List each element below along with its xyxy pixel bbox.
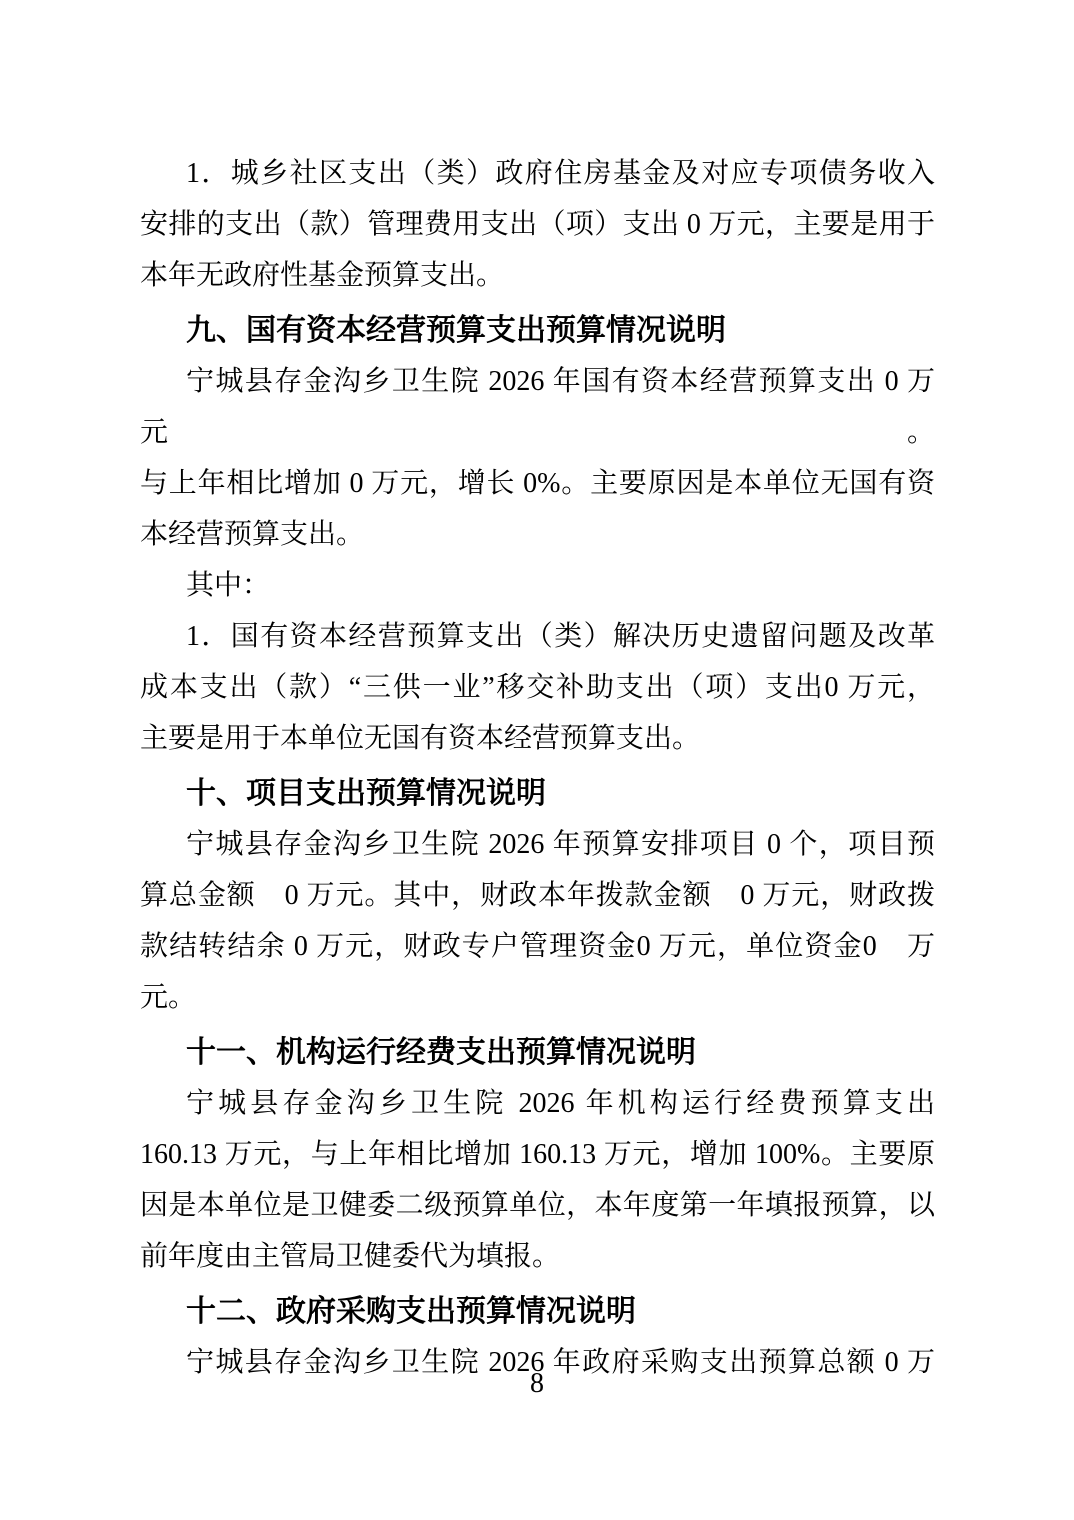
text-line: 本经营预算支出。 xyxy=(140,509,935,560)
text-line: 主要是用于本单位无国有资本经营预算支出。 xyxy=(140,713,935,764)
text-line: 十、项目支出预算情况说明 xyxy=(140,768,935,819)
text-line: 其中： xyxy=(140,560,935,611)
text-line: 十一、机构运行经费支出预算情况说明 xyxy=(140,1027,935,1078)
text-line: 安排的支出（款）管理费用支出（项）支出 0 万元，主要是用于 xyxy=(140,199,935,250)
text-line: 算总金额 0 万元。其中，财政本年拨款金额 0 万元，财政拨 xyxy=(140,870,935,921)
text-line: 宁城县存金沟乡卫生院 2026 年机构运行经费预算支出 xyxy=(140,1078,935,1129)
document-body: 1．城乡社区支出（类）政府住房基金及对应专项债务收入 安排的支出（款）管理费用支… xyxy=(140,148,935,1388)
text-line: 1．城乡社区支出（类）政府住房基金及对应专项债务收入 xyxy=(140,148,935,199)
text-line: 十二、政府采购支出预算情况说明 xyxy=(140,1286,935,1337)
page-number: 8 xyxy=(0,1368,1074,1400)
text-line: 宁城县存金沟乡卫生院 2026 年国有资本经营预算支出 0 万元。 xyxy=(140,356,935,458)
text-line: 款结转结余 0 万元，财政专户管理资金0 万元，单位资金0 万 xyxy=(140,921,935,972)
text-line: 160.13 万元，与上年相比增加 160.13 万元，增加 100%。主要原 xyxy=(140,1129,935,1180)
text-line: 与上年相比增加 0 万元，增长 0%。主要原因是本单位无国有资 xyxy=(140,458,935,509)
text-line: 元。 xyxy=(140,972,935,1023)
text-line: 前年度由主管局卫健委代为填报。 xyxy=(140,1231,935,1282)
text-line: 本年无政府性基金预算支出。 xyxy=(140,250,935,301)
text-line: 成本支出（款）“三供一业”移交补助支出（项）支出0 万元， xyxy=(140,662,935,713)
text-line: 九、国有资本经营预算支出预算情况说明 xyxy=(140,305,935,356)
document-page: 1．城乡社区支出（类）政府住房基金及对应专项债务收入 安排的支出（款）管理费用支… xyxy=(0,0,1074,1520)
text-line: 1．国有资本经营预算支出（类）解决历史遗留问题及改革 xyxy=(140,611,935,662)
text-line: 因是本单位是卫健委二级预算单位，本年度第一年填报预算，以 xyxy=(140,1180,935,1231)
text-line: 宁城县存金沟乡卫生院 2026 年预算安排项目 0 个，项目预 xyxy=(140,819,935,870)
